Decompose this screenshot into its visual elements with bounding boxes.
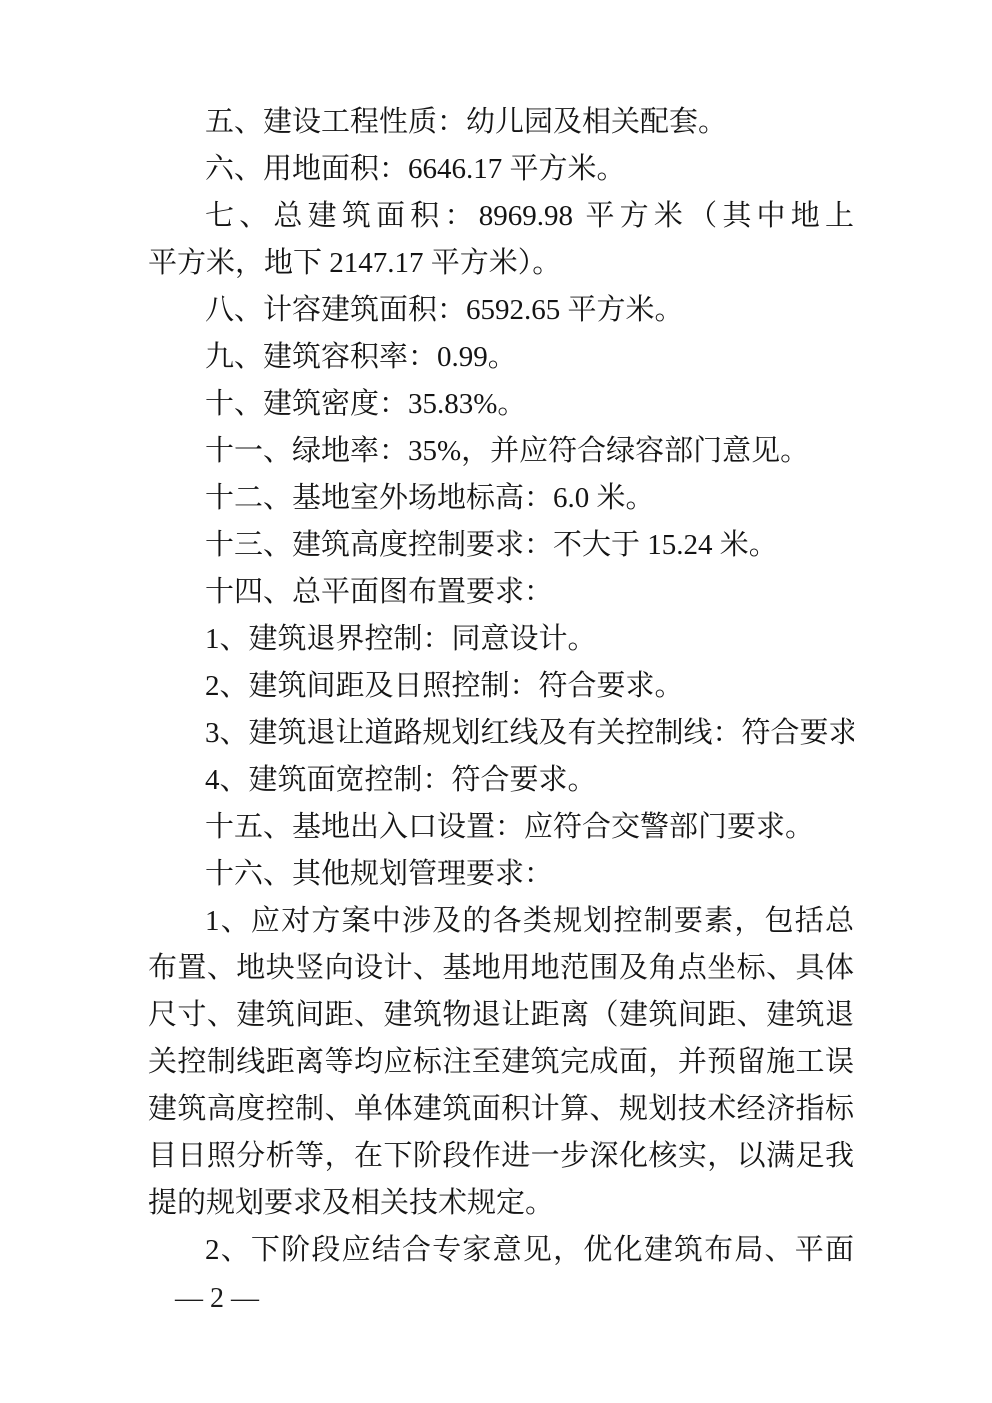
document-line: 2、建筑间距及日照控制：符合要求。: [148, 663, 854, 710]
document-line: 关控制线距离等均应标注至建筑完成面，并预留施工误差）、: [148, 1039, 854, 1086]
document-line: 八、计容建筑面积：6592.65 平方米。: [148, 287, 854, 334]
document-line: 十四、总平面图布置要求：: [148, 569, 854, 616]
document-line: 3、建筑退让道路规划红线及有关控制线：符合要求。: [148, 710, 854, 757]
document-line: 尺寸、建筑间距、建筑物退让距离（建筑间距、建筑退让相: [148, 992, 854, 1039]
document-body: 五、建设工程性质：幼儿园及相关配套。六、用地面积：6646.17 平方米。七、总…: [148, 99, 854, 1274]
document-line: 建筑高度控制、单体建筑面积计算、规划技术经济指标及项: [148, 1086, 854, 1133]
document-line: 1、应对方案中涉及的各类规划控制要素，包括总平面: [148, 898, 854, 945]
page-number: — 2 —: [175, 1279, 259, 1319]
document-line: 目日照分析等，在下阶段作进一步深化核实，以满足我局核: [148, 1133, 854, 1180]
document-page: 五、建设工程性质：幼儿园及相关配套。六、用地面积：6646.17 平方米。七、总…: [0, 0, 992, 1403]
document-line: 提的规划要求及相关技术规定。: [148, 1180, 854, 1227]
document-line: 十三、建筑高度控制要求：不大于 15.24 米。: [148, 522, 854, 569]
document-line: 1、建筑退界控制：同意设计。: [148, 616, 854, 663]
document-line: 十二、基地室外场地标高：6.0 米。: [148, 475, 854, 522]
document-line: 七、总建筑面积：8969.98 平方米（其中地上 6822.81: [148, 193, 854, 240]
document-line: 平方米，地下 2147.17 平方米）。: [148, 240, 854, 287]
document-line: 九、建筑容积率：0.99。: [148, 334, 854, 381]
document-line: 4、建筑面宽控制：符合要求。: [148, 757, 854, 804]
document-line: 十五、基地出入口设置：应符合交警部门要求。: [148, 804, 854, 851]
document-line: 布置、地块竖向设计、基地用地范围及角点坐标、具体建筑: [148, 945, 854, 992]
document-line: 五、建设工程性质：幼儿园及相关配套。: [148, 99, 854, 146]
document-line: 十一、绿地率：35%，并应符合绿容部门意见。: [148, 428, 854, 475]
document-line: 六、用地面积：6646.17 平方米。: [148, 146, 854, 193]
document-line: 十六、其他规划管理要求：: [148, 851, 854, 898]
document-line: 2、下阶段应结合专家意见，优化建筑布局、平面流线: [148, 1227, 854, 1274]
document-line: 十、建筑密度：35.83%。: [148, 381, 854, 428]
